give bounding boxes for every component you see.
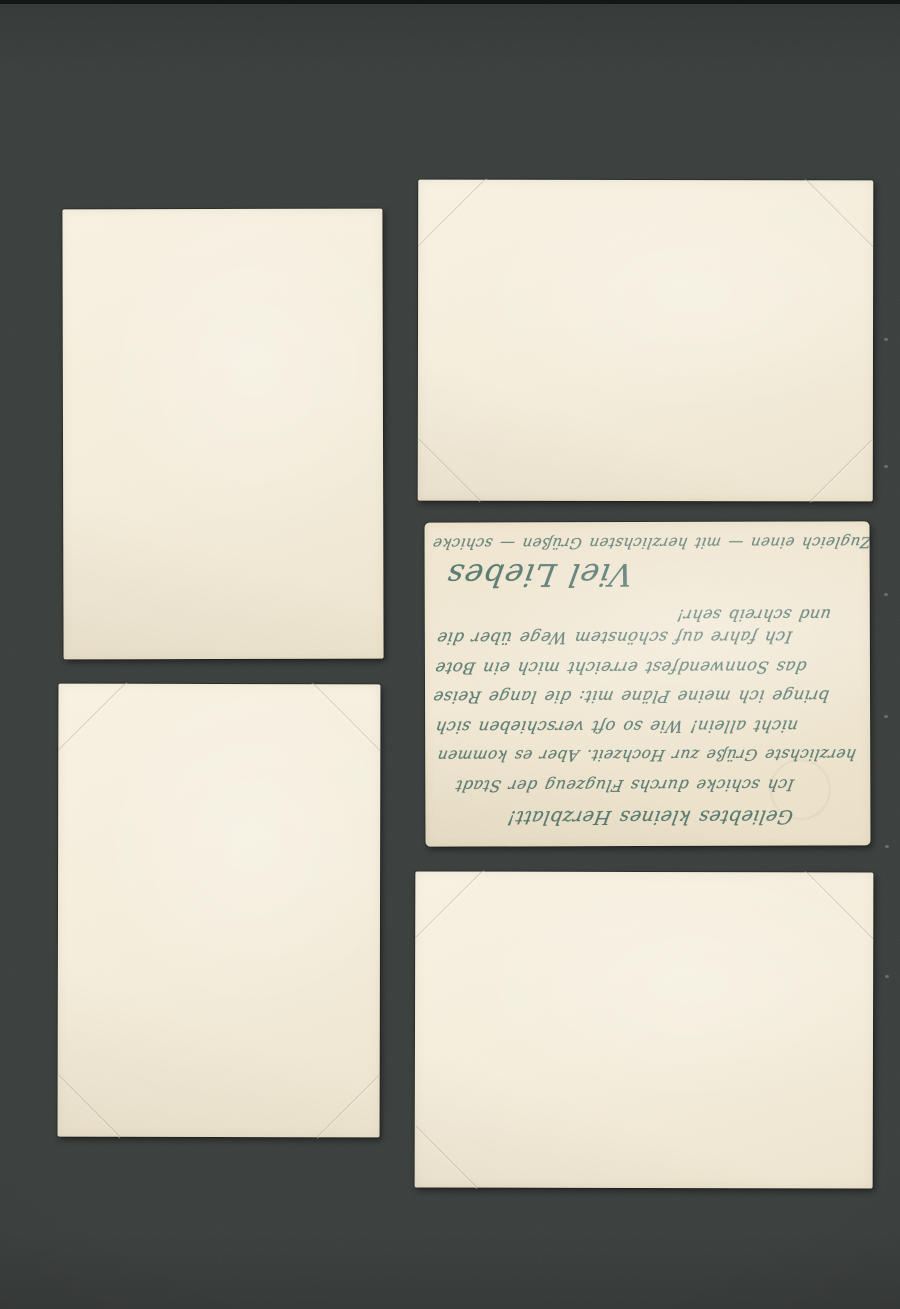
handwriting-line: Ich fahre auf schönstem Wege über die — [435, 628, 793, 648]
corner-crease — [415, 1125, 478, 1188]
corner-crease — [805, 871, 873, 940]
corner-crease — [418, 439, 481, 502]
corner-crease — [312, 682, 380, 751]
stitch-hole — [884, 338, 888, 341]
paper-sheen — [415, 871, 874, 1188]
corner-crease — [415, 870, 484, 938]
paper-sheen — [58, 684, 381, 1138]
stitch-hole — [884, 465, 888, 468]
handwriting-line: und schreib sehr! — [675, 605, 832, 624]
postcard-bottom-left — [58, 684, 381, 1138]
handwritten-text: Zugleich einen — mit herzlichsten Grüßen… — [424, 521, 870, 846]
handwriting-line: das Sonnwendfest erreicht mich ein Bote — [433, 657, 808, 677]
postcard-top-left — [62, 209, 383, 660]
corner-crease — [58, 1075, 121, 1138]
postcard-top-right — [418, 180, 874, 502]
handwriting-line: bringe ich meine Pläne mit: die lange Re… — [431, 686, 830, 706]
stitch-hole — [885, 975, 889, 978]
handwriting-line: Ich schicke durchs Flugzeug der Stadt — [454, 776, 796, 796]
handwriting-line: Zugleich einen — mit herzlichsten Grüßen… — [431, 533, 871, 552]
corner-crease — [316, 1075, 379, 1138]
handwriting-salutation: Geliebtes kleines Herzblatt! — [506, 806, 795, 829]
postcard-handwritten: Zugleich einen — mit herzlichsten Grüßen… — [424, 521, 870, 846]
postcard-bottom-right — [415, 871, 874, 1188]
stitch-hole — [884, 593, 888, 596]
stitch-hole — [884, 715, 888, 718]
handwriting-line: herzlichste Grüße zur Hochzeit. Aber es … — [436, 745, 858, 764]
handwriting-signature: Viel Liebes — [444, 556, 636, 593]
album-page: { "page": { "kind": "photo-album page sc… — [0, 0, 900, 1309]
corner-crease — [805, 178, 873, 247]
paper-sheen — [418, 180, 874, 502]
paper-sheen — [62, 209, 383, 660]
corner-crease — [418, 178, 487, 246]
corner-crease — [809, 439, 872, 502]
corner-crease — [58, 682, 127, 750]
stitch-hole — [885, 845, 889, 848]
page-top-edge — [0, 0, 900, 4]
handwriting-line: nicht allein! Wie so oft verschieben sic… — [433, 717, 799, 737]
